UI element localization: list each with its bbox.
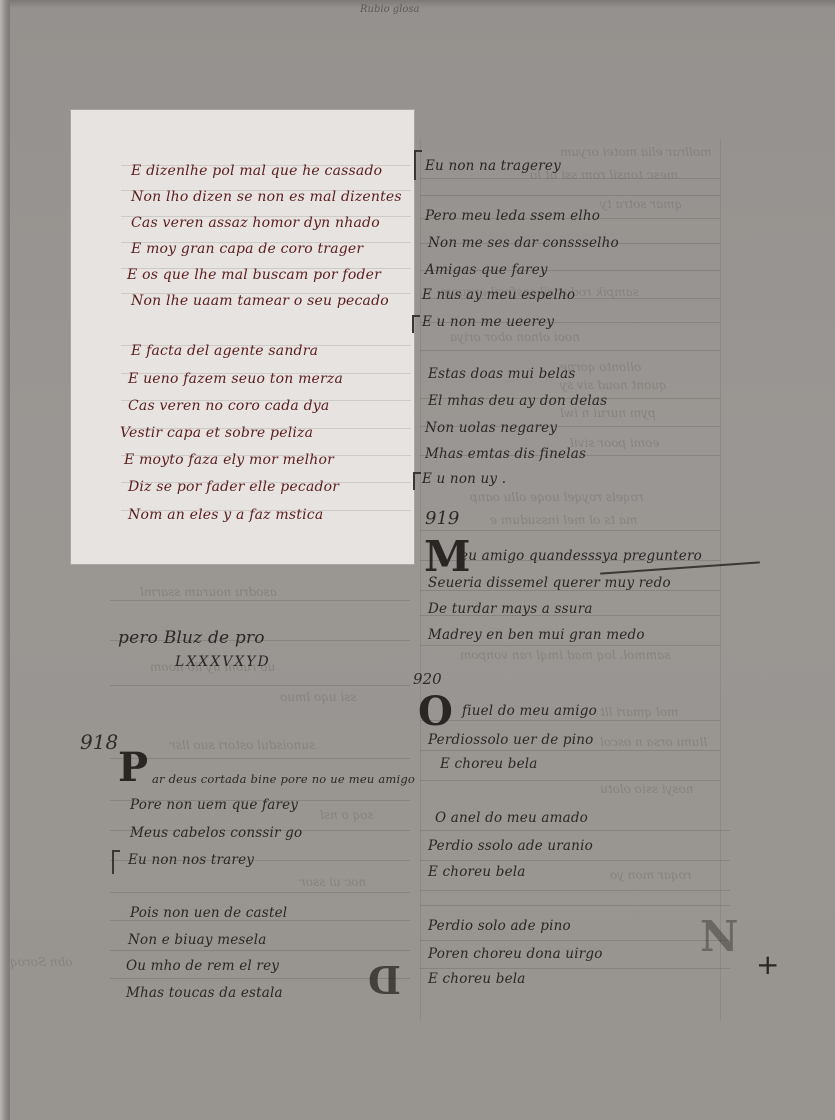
- bleed-through-text: obn Soroq: [10, 955, 73, 969]
- ruled-line: [110, 758, 410, 759]
- ruled-line: [110, 892, 410, 893]
- verse-line: E nus ay meu espelho: [422, 287, 575, 303]
- ruled-line: [420, 890, 730, 891]
- verse-line: Non uolas negarey: [425, 420, 557, 436]
- verse-line: Perdio ssolo ade uranio: [428, 838, 593, 854]
- column-rule: [420, 140, 421, 1020]
- verse-line: Seueria dissemel querer muy redo: [428, 575, 671, 591]
- verse-line: El mhas deu ay don delas: [428, 393, 607, 409]
- page-binding-edge: [0, 0, 10, 1120]
- ruled-line: [420, 720, 720, 721]
- verse-line: Pois non uen de castel: [130, 905, 287, 921]
- verse-line: Non e biuay mesela: [128, 932, 267, 948]
- refrain-bracket: [112, 850, 120, 874]
- bleed-through-text: qmar sotra ty: [600, 197, 682, 211]
- faint-capital: D: [368, 958, 401, 1003]
- bleed-through-text: ma ts ol mel inssudum e: [490, 513, 637, 527]
- verse-line: Perdiossolo uer de pino: [428, 732, 593, 748]
- bleed-through-text: nosyi ssio olotu: [600, 782, 694, 796]
- ruled-line: [420, 860, 730, 861]
- verse-line: Non me ses dar conssselho: [428, 235, 619, 251]
- refrain-line: E choreu bela: [428, 864, 526, 880]
- ruled-line: [420, 968, 730, 969]
- refrain-line: E u non me ueerey: [422, 314, 554, 330]
- ruled-line: [420, 750, 720, 751]
- ruled-line: [110, 950, 410, 951]
- ruled-line: [420, 780, 720, 781]
- verse-line: Pero meu leda ssem elho: [425, 208, 600, 224]
- verse-line: Pore non uem que farey: [130, 797, 298, 813]
- ruled-line: [110, 978, 410, 979]
- verse-line: E dizenlhe pol mal que he cassado: [131, 163, 382, 179]
- verse-line: eu amigo quandesssya preguntero: [460, 548, 702, 564]
- verse-line: Mhas toucas da estala: [126, 985, 283, 1001]
- ruled-line: [420, 530, 720, 531]
- bleed-through-text: ssi uqo lmuo: [280, 690, 357, 704]
- verse-line: Cas veren no coro cada dya: [128, 398, 329, 414]
- bleed-through-text: soq o nsl: [320, 808, 374, 822]
- faint-capital: N: [700, 912, 738, 961]
- bleed-through-text: llumı orsa n oscol: [600, 735, 707, 749]
- verse-line: Perdio solo ade pino: [428, 918, 571, 934]
- manuscript-page: Rubio glosa mollrar elia motei oryum mes…: [0, 0, 835, 1120]
- ruled-line: [110, 600, 410, 601]
- bleed-through-text: mol qmari llt: [600, 705, 678, 719]
- bleed-through-text: asodru nouram ssarml: [140, 585, 277, 599]
- refrain-line: Eu non na tragerey: [425, 158, 561, 174]
- ruled-line: [110, 685, 410, 686]
- verse-line: Amigas que farey: [425, 262, 548, 278]
- ruled-line: [420, 350, 720, 351]
- verse-line: Non lho dizen se non es mal dizentes: [131, 189, 402, 205]
- verse-line: Cas veren assaz homor dyn nhado: [131, 215, 380, 231]
- poem-number: 918: [80, 730, 118, 754]
- refrain-line: E u non uy .: [422, 471, 506, 487]
- verse-line: E moy gran capa de coro trager: [131, 241, 363, 257]
- bleed-through-text: roqar mon yo: [610, 868, 692, 882]
- bleed-through-text: sammoł. loq mad imql ran vonpom: [460, 648, 670, 662]
- verse-line: Mhas emtas dis finelas: [425, 446, 586, 462]
- verse-line: E facta del agente sandra: [131, 343, 318, 359]
- verse-line: Estas doas mui belas: [428, 366, 576, 382]
- verse-line: O anel do meu amado: [435, 810, 588, 826]
- marginal-attribution: pero Bluz de pro: [118, 628, 265, 648]
- bleed-through-text: nooi olnon obor oriya: [450, 330, 580, 344]
- verse-line: E ueno fazem seuo ton merza: [128, 371, 343, 387]
- verse-line: Nom an eles y a faz mstica: [128, 507, 323, 523]
- verse-line: fiuel do meu amigo: [462, 703, 597, 719]
- verse-line: E os que lhe mal buscam por foder: [127, 267, 381, 283]
- poem-number: 919: [425, 508, 459, 529]
- bleed-through-text: roqels royqel uoqe ollu oanp: [470, 490, 644, 504]
- marginal-numeral: LXXXVXYD: [175, 654, 271, 670]
- ruled-line: [420, 195, 720, 196]
- verse-line: Madrey en ben mui gran medo: [428, 627, 645, 643]
- verse-line: Ou mho de rem el rey: [126, 958, 279, 974]
- refrain-line: Eu non nos trarey: [128, 852, 254, 868]
- bleed-through-text: quont noud siv sy: [560, 378, 667, 392]
- verse-line: Vestir capa et sobre peliza: [120, 425, 313, 441]
- refrain-line: E choreu bela: [440, 756, 538, 772]
- verse-line: Meus cabelos conssir go: [130, 825, 302, 841]
- bleed-through-text: sunoisdul ostori suo llsr: [170, 738, 315, 752]
- ruled-line: [420, 940, 730, 941]
- poem-number: 920: [413, 670, 442, 688]
- verse-line: E moyto faza ely mor melhor: [124, 452, 334, 468]
- bleed-through-text: noc ui ssor: [300, 875, 366, 889]
- page-top-edge: [10, 0, 835, 8]
- refrain-bracket: [413, 472, 421, 490]
- verse-line: Non lhe uaam tamear o seu pecado: [131, 293, 389, 309]
- bleed-through-text: mollrar elia motei oryum: [560, 145, 712, 159]
- refrain-bracket: [414, 150, 422, 180]
- ruled-line: [420, 830, 730, 831]
- verse-line: Poren choreu dona uirgo: [428, 946, 603, 962]
- cross-mark: +: [756, 948, 779, 981]
- ruled-line: [420, 645, 720, 646]
- verse-line: De turdar mays a ssura: [428, 601, 593, 617]
- margin-rule: [720, 140, 721, 1020]
- verse-line: ar deus cortada bine pore no ue meu amig…: [152, 772, 415, 786]
- refrain-line: E choreu bela: [428, 971, 526, 987]
- refrain-bracket: [412, 315, 420, 333]
- decorated-initial: O: [418, 688, 453, 735]
- verse-line: Diz se por fader elle pecador: [128, 479, 339, 495]
- header-note: Rubio glosa: [360, 4, 419, 15]
- ruled-line: [420, 905, 730, 906]
- decorated-initial: P: [118, 744, 148, 791]
